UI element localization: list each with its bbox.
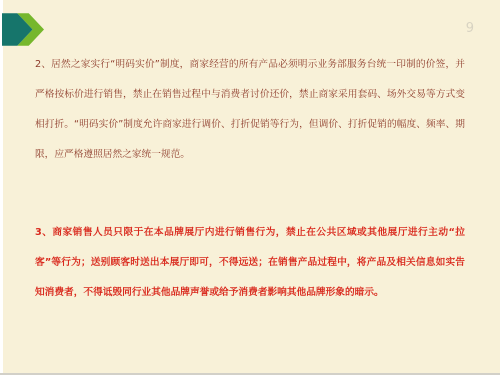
left-edge-divider [0,0,3,375]
page-number: 9 [466,21,474,36]
paragraph-rule-2-pricing-policy: 2、居然之家实行“明码实价”制度，商家经营的所有产品必须明示业务部服务台统一印制… [35,50,465,170]
chevron-right-icon [2,13,44,46]
paragraph-rule-3-sales-conduct: 3、商家销售人员只限于在本品牌展厅内进行销售行为，禁止在公共区域或其他展厅进行主… [35,218,465,308]
presentation-slide: 9 2、居然之家实行“明码实价”制度，商家经营的所有产品必须明示业务部服务台统一… [0,0,500,375]
